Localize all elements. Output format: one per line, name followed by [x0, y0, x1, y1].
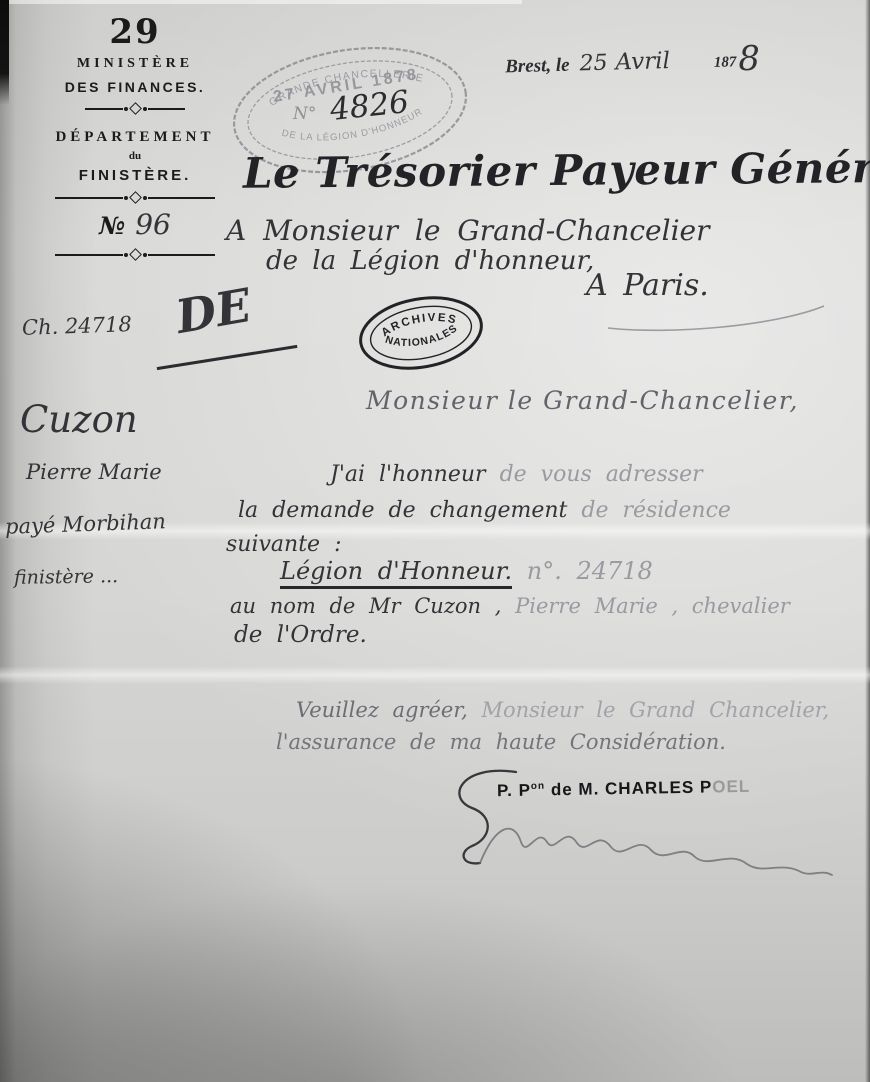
dateline-month: Avril	[615, 48, 670, 75]
body-line-6: de l'Ordre.	[234, 622, 367, 648]
reception-stamp-number-label: N°	[293, 104, 316, 124]
letterhead-reference: №96	[35, 208, 235, 241]
legion-number: n°. 24718	[527, 557, 653, 585]
paper-crease	[0, 666, 870, 684]
paris-flourish-icon	[600, 298, 830, 334]
letterhead-finances: DES FINANCES.	[35, 79, 235, 95]
sender-title: Le Trésorier Payeur Général	[243, 143, 863, 197]
body-line-2-light: de résidence	[581, 498, 731, 523]
margin-file-ref: Ch. 24718	[22, 312, 133, 340]
reference-number: 96	[135, 208, 171, 241]
margin-de-underline	[157, 345, 298, 370]
signature-icon	[428, 762, 840, 880]
recipient-line2: de la Légion d'honneur,	[266, 246, 594, 276]
ornament-divider	[85, 104, 185, 113]
body-line-2: la demande de changement de résidence	[238, 498, 731, 523]
body-line-5-dark: au nom de Mr Cuzon ,	[230, 594, 501, 618]
letterhead-du: du	[35, 150, 235, 162]
letterhead-finistere: FINISTÈRE.	[35, 167, 235, 184]
archives-nationales-stamp-icon: ARCHIVES NATIONALES	[350, 284, 491, 381]
recipient-line1: A Monsieur le Grand-Chancelier	[226, 214, 709, 247]
body-line-1-light: de vous adresser	[500, 462, 703, 487]
dateline-year-digit: 8	[738, 39, 761, 80]
dateline: Brest, le 25 Avril 187 8	[505, 35, 761, 82]
body-line-2-dark: la demande de changement	[238, 498, 567, 523]
body-line-3: suivante :	[226, 532, 341, 557]
letterhead-departement: DÉPARTEMENT	[35, 129, 235, 146]
salutation: Monsieur le Grand-Chancelier,	[366, 386, 799, 415]
margin-given-names: Pierre Marie	[26, 460, 162, 484]
margin-surname: Cuzon	[20, 398, 138, 441]
ornament-divider	[55, 250, 215, 259]
margin-extra-note: finistère ...	[14, 565, 118, 589]
closing-line-1-light: Monsieur le Grand Chancelier,	[481, 698, 829, 722]
dateline-place: Brest, le	[505, 55, 570, 79]
body-line-1-dark: J'ai l'honneur	[330, 462, 486, 487]
dateline-day: 25	[579, 51, 608, 77]
letterhead: 29 MINISTÈRE DES FINANCES. DÉPARTEMENT d…	[35, 12, 235, 259]
body-line-5-light: Pierre Marie , chevalier	[515, 594, 790, 618]
body-line-1: J'ai l'honneur de vous adresser	[330, 462, 703, 487]
reference-label: №	[99, 211, 125, 240]
dateline-year-printed: 187	[714, 54, 737, 72]
closing-line-2: l'assurance de ma haute Considération.	[276, 730, 726, 754]
scan-edge-left	[0, 0, 9, 105]
body-line-4: Légion d'Honneur. n°. 24718	[280, 557, 653, 585]
scanned-letter-page: 29 MINISTÈRE DES FINANCES. DÉPARTEMENT d…	[0, 0, 870, 1082]
closing-line-1-dark: Veuillez agréer,	[296, 698, 468, 722]
letterhead-ministry: MINISTÈRE	[35, 56, 235, 72]
closing-line-1: Veuillez agréer, Monsieur le Grand Chanc…	[296, 698, 829, 722]
scan-edge-top	[0, 0, 522, 4]
margin-de-mark: DE	[172, 278, 255, 344]
body-line-5: au nom de Mr Cuzon , Pierre Marie , chev…	[230, 594, 790, 618]
letterhead-page-number: 29	[35, 12, 235, 52]
ornament-divider	[55, 193, 215, 202]
legion-honneur-underlined: Légion d'Honneur.	[280, 557, 512, 589]
